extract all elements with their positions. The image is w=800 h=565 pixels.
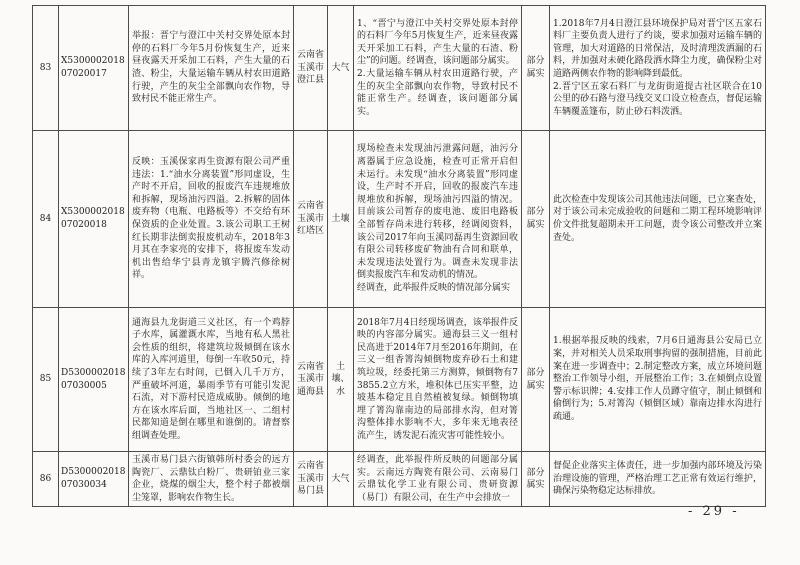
investigation-text: 现场检查未发现油污泄露问题，油污分离器属于应急设施，检查可正常开启但未运行。未发…: [354, 131, 522, 308]
table-row: 85 D530000201807030005 通海县九龙街道三义社区，有一个鸡脖…: [33, 308, 766, 452]
investigation-text: 1、“晋宁与澄江中关村交界处原本封停的石料厂今年5月恢复生产，近来昼夜露天开采加…: [354, 6, 522, 131]
document-page: 83 X530000201807020017 举报：晋宁与澄江中关村交界处原本封…: [0, 0, 800, 565]
row-number: 84: [33, 131, 59, 308]
region-cell: 云南省玉溪市澄江县: [294, 6, 328, 131]
verdict-cell: 部分属实: [522, 131, 550, 308]
verdict-cell: 部分属实: [522, 308, 550, 452]
region-cell: 云南省玉溪市易门县: [294, 452, 328, 507]
complaint-text: 通海县九龙街道三义社区，有一个鸡脖子水库，属灌溉水库，当地有私人黑社会性质的组织…: [129, 308, 294, 452]
row-number: 83: [33, 6, 59, 131]
pollution-type-cell: 大气: [328, 452, 354, 507]
pollution-type-cell: 土壤、水: [328, 308, 354, 452]
page-number: - 29 -: [688, 504, 740, 519]
action-text: 此次检查中发现该公司其他违法问题，已立案查处，对于该公司未完成验收的问题和二期工…: [550, 131, 766, 308]
region-cell: 云南省玉溪市红塔区: [294, 131, 328, 308]
complaints-table: 83 X530000201807020017 举报：晋宁与澄江中关村交界处原本封…: [32, 5, 766, 507]
row-number: 86: [33, 452, 59, 507]
pollution-type-cell: 大气: [328, 6, 354, 131]
row-number: 85: [33, 308, 59, 452]
verdict-cell: 部分属实: [522, 6, 550, 131]
verdict-cell: 部分属实: [522, 452, 550, 507]
investigation-text: 经调查，此举报件所反映的问题部分属实。云南远方陶瓷有限公司、云南易门云鼎钛化学工…: [354, 452, 522, 507]
case-number: X530000201807020018: [59, 131, 129, 308]
complaint-text: 玉溪市易门县六街镇韩所村委会的远方陶瓷厂、云鼎钛白粉厂、贵研铂业三家企业，烧煤的…: [129, 452, 294, 507]
pollution-type-cell: 土壤: [328, 131, 354, 308]
region-cell: 云南省玉溪市通海县: [294, 308, 328, 452]
case-number: D530000201807030005: [59, 308, 129, 452]
action-text: 1.根据举报反映的线索，7月6日通海县公安局已立案，并对相关人员采取刑事拘留的强…: [550, 308, 766, 452]
table-row: 84 X530000201807020018 反映：玉溪保家再生资源有限公司严重…: [33, 131, 766, 308]
action-text: 督促企业落实主体责任，进一步加强内部环境及污染治理设施的管理，严格治理工艺正常有…: [550, 452, 766, 507]
case-number: X530000201807020017: [59, 6, 129, 131]
table-row: 83 X530000201807020017 举报：晋宁与澄江中关村交界处原本封…: [33, 6, 766, 131]
table-row: 86 D530000201807030034 玉溪市易门县六街镇韩所村委会的远方…: [33, 452, 766, 507]
investigation-text: 2018年7月4日经现场调查，该举报件反映的内容部分属实。通海县三义一组村民高进…: [354, 308, 522, 452]
case-number: D530000201807030034: [59, 452, 129, 507]
complaint-text: 反映：玉溪保家再生资源有限公司严重违法：1.“油水分离装置”形同虚设，生产时不开…: [129, 131, 294, 308]
complaint-text: 举报：晋宁与澄江中关村交界处原本封停的石料厂今年5月份恢复生产，近来昼夜露天开采…: [129, 6, 294, 131]
action-text: 1.2018年7月4日澄江县环境保护局对晋宁区五家石料厂主要负责人进行了约谈，要…: [550, 6, 766, 131]
